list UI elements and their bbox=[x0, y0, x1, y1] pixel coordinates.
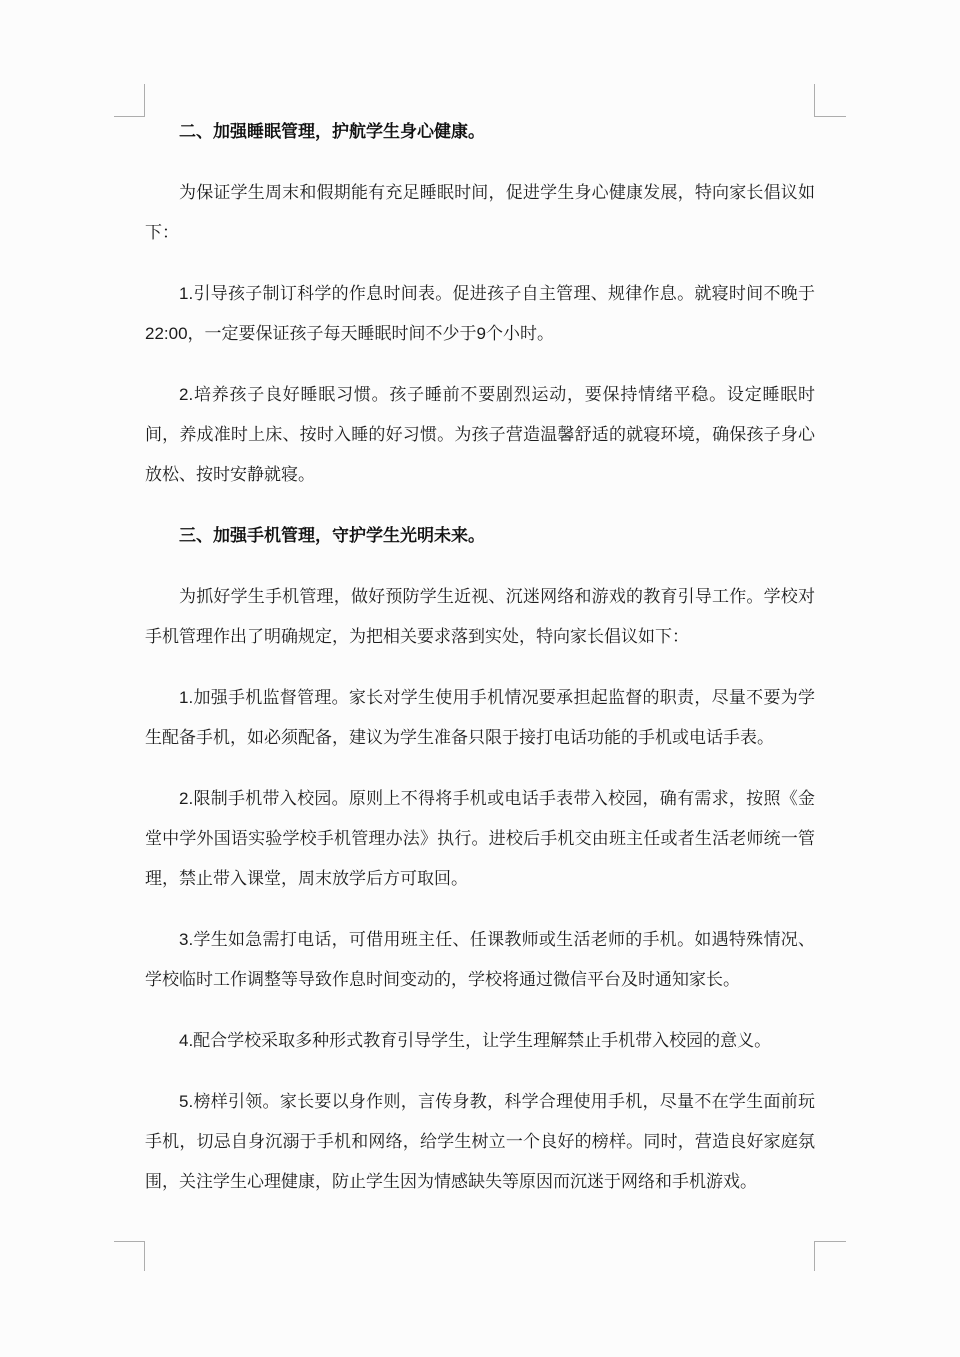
text-boundary-mark-top-left bbox=[114, 84, 145, 117]
section-heading-sleep: 二、加强睡眠管理，护航学生身心健康。 bbox=[145, 112, 815, 152]
document-body: 二、加强睡眠管理，护航学生身心健康。 为保证学生周末和假期能有充足睡眠时间，促进… bbox=[145, 112, 815, 1223]
paragraph-phone-item-1: 1.加强手机监督管理。家长对学生使用手机情况要承担起监督的职责，尽量不要为学生配… bbox=[145, 678, 815, 758]
section-heading-phone: 三、加强手机管理，守护学生光明未来。 bbox=[145, 516, 815, 556]
paragraph-phone-item-4: 4.配合学校采取多种形式教育引导学生，让学生理解禁止手机带入校园的意义。 bbox=[145, 1021, 815, 1061]
paragraph-phone-item-3: 3.学生如急需打电话，可借用班主任、任课教师或生活老师的手机。如遇特殊情况、学校… bbox=[145, 920, 815, 1000]
text-boundary-mark-bottom-right bbox=[814, 1241, 846, 1271]
paragraph-sleep-item-2: 2.培养孩子良好睡眠习惯。孩子睡前不要剧烈运动，要保持情绪平稳。设定睡眠时间，养… bbox=[145, 375, 815, 495]
paragraph-phone-item-2: 2.限制手机带入校园。原则上不得将手机或电话手表带入校园，确有需求，按照《金堂中… bbox=[145, 779, 815, 899]
document-page: 二、加强睡眠管理，护航学生身心健康。 为保证学生周末和假期能有充足睡眠时间，促进… bbox=[0, 0, 960, 1357]
text-boundary-mark-top-right bbox=[814, 84, 846, 117]
paragraph-sleep-intro: 为保证学生周末和假期能有充足睡眠时间，促进学生身心健康发展，特向家长倡议如下： bbox=[145, 173, 815, 253]
paragraph-phone-item-5: 5.榜样引领。家长要以身作则，言传身教，科学合理使用手机，尽量不在学生面前玩手机… bbox=[145, 1082, 815, 1202]
text-boundary-mark-bottom-left bbox=[114, 1241, 145, 1271]
paragraph-sleep-item-1: 1.引导孩子制订科学的作息时间表。促进孩子自主管理、规律作息。就寝时间不晚于22… bbox=[145, 274, 815, 354]
paragraph-phone-intro: 为抓好学生手机管理，做好预防学生近视、沉迷网络和游戏的教育引导工作。学校对手机管… bbox=[145, 577, 815, 657]
